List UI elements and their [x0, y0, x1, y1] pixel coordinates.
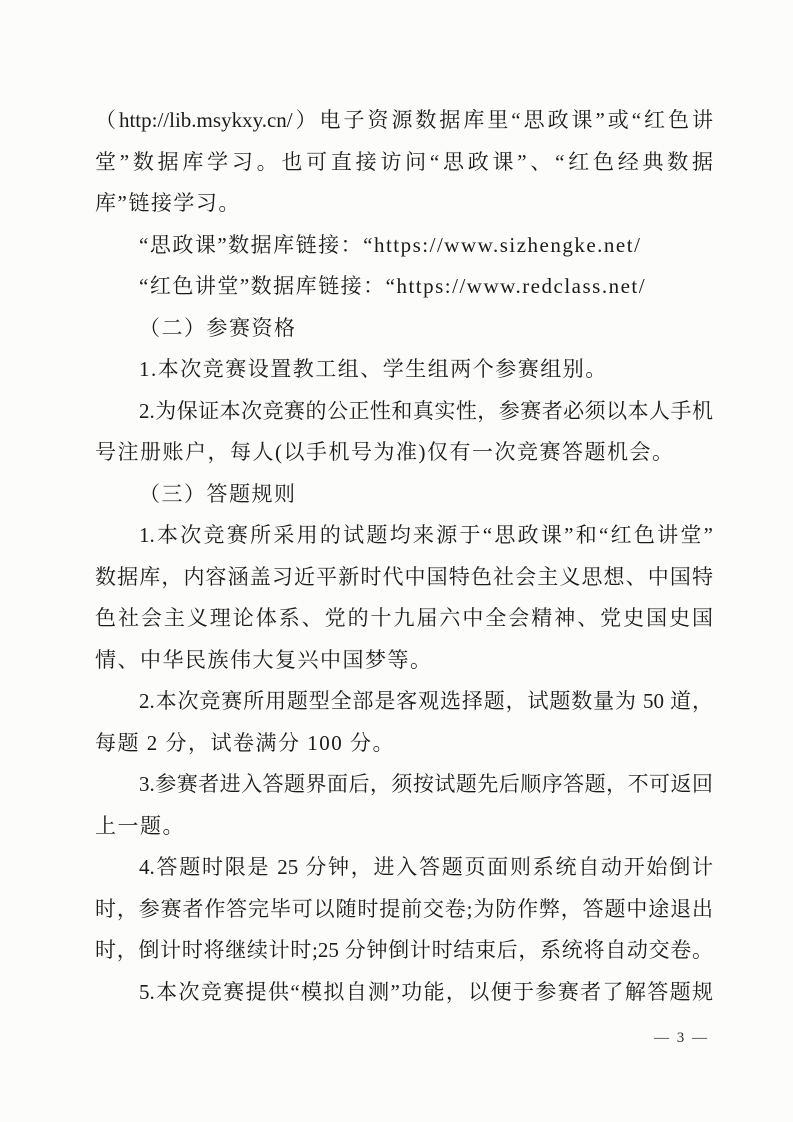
- text-line: 数据库，内容涵盖习近平新时代中国特色社会主义思想、中国特: [95, 557, 713, 599]
- text-line: 2.本次竞赛所用题型全部是客观选择题，试题数量为 50 道，: [95, 681, 713, 723]
- text-line: 2.为保证本次竞赛的公正性和真实性，参赛者必须以本人手机: [95, 391, 713, 433]
- text-line: （三）答题规则: [95, 474, 713, 516]
- text-line: （二）参赛资格: [95, 308, 713, 350]
- document-page: （http://lib.msykxy.cn/）电子资源数据库里“思政课”或“红色…: [0, 0, 793, 1122]
- text-line: 时，参赛者作答完毕可以随时提前交卷;为防作弊，答题中途退出: [95, 889, 713, 931]
- text-line: 色社会主义理论体系、党的十九届六中全会精神、党史国史国: [95, 598, 713, 640]
- text-line: 5.本次竞赛提供“模拟自测”功能，以便于参赛者了解答题规: [95, 972, 713, 1014]
- text-line: （http://lib.msykxy.cn/）电子资源数据库里“思政课”或“红色…: [95, 100, 713, 142]
- text-line: 4.答题时限是 25 分钟，进入答题页面则系统自动开始倒计: [95, 847, 713, 889]
- text-line: 上一题。: [95, 806, 713, 848]
- text-line: 堂”数据库学习。也可直接访问“思政课”、“红色经典数据: [95, 142, 713, 184]
- page-number: — 3 —: [654, 1030, 709, 1047]
- text-line: 3.参赛者进入答题界面后，须按试题先后顺序答题，不可返回: [95, 764, 713, 806]
- text-line: “红色讲堂”数据库链接：“https://www.redclass.net/: [95, 266, 713, 308]
- text-line: 号注册账户，每人(以手机号为准)仅有一次竞赛答题机会。: [95, 432, 713, 474]
- text-line: 1.本次竞赛所采用的试题均来源于“思政课”和“红色讲堂”: [95, 515, 713, 557]
- text-line: 库”链接学习。: [95, 183, 713, 225]
- text-line: “思政课”数据库链接：“https://www.sizhengke.net/: [95, 225, 713, 267]
- text-line: 时，倒计时将继续计时;25 分钟倒计时结束后，系统将自动交卷。: [95, 930, 713, 972]
- text-line: 情、中华民族伟大复兴中国梦等。: [95, 640, 713, 682]
- document-content: （http://lib.msykxy.cn/）电子资源数据库里“思政课”或“红色…: [95, 100, 713, 1013]
- text-line: 1.本次竞赛设置教工组、学生组两个参赛组别。: [95, 349, 713, 391]
- text-line: 每题 2 分，试卷满分 100 分。: [95, 723, 713, 765]
